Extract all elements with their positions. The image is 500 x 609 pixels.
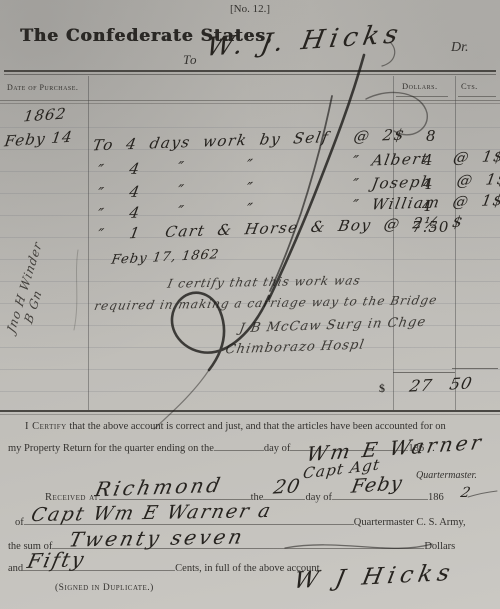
receipt-day: 20: [272, 475, 303, 498]
certification-line1: I Certify that the above account is corr…: [25, 421, 446, 432]
quartermaster-title: Quartermaster.: [416, 470, 477, 481]
debtor-abbrev: Dr.: [451, 40, 469, 56]
certify-day-of-label: day of: [264, 443, 291, 454]
date-column-line: [88, 76, 89, 412]
blank-day: [214, 441, 264, 451]
header-bottom-rule-2: [0, 103, 500, 104]
ledger-row-amount: 4: [422, 197, 433, 215]
receipt-month: Feby: [350, 472, 405, 497]
certify-line1-rest: that the above account is correct and ju…: [69, 421, 445, 432]
received-at-label: Received at: [45, 492, 99, 503]
receipt-place: Richmond: [93, 473, 225, 501]
scanned-receipt-document: [No. 12.] The Confederate States, To W. …: [0, 0, 500, 609]
payer-title: Quartermaster C. S. Army,: [354, 517, 466, 528]
entry-year: 1862: [22, 105, 67, 126]
table-col-date-header: Date of Purchase.: [7, 83, 78, 92]
of-label: of: [15, 517, 24, 528]
year-dash: [468, 491, 497, 497]
receipt-year-digit: 2: [459, 485, 473, 501]
receipt-payer: Capt Wm E Warner a: [29, 500, 275, 526]
certify-intro: I Certify: [25, 421, 67, 432]
total-currency-symbol: $: [379, 381, 385, 396]
receipt-amount-words: Twenty seven: [67, 524, 248, 551]
cents-column-line: [455, 76, 456, 412]
receipt-cents-words: Fifty: [25, 547, 88, 573]
total-rule-cents: [452, 368, 498, 369]
total-dollars: 27: [408, 375, 434, 395]
and-label: and: [8, 563, 23, 574]
dollars-label: Dollars: [424, 541, 455, 552]
receipt-year-prefix: 186: [428, 492, 444, 503]
ledger-row-amount: 7.50: [412, 218, 449, 236]
receipt-day-of-label: day of: [305, 492, 332, 503]
table-bottom-rule-thin: [0, 414, 500, 415]
certify-line2-start: my Property Return for the quarter endin…: [8, 443, 214, 454]
table-col-dollars-header: Dollars.: [402, 81, 438, 91]
ledger-row-amount: 4: [423, 151, 434, 169]
rule-top-thin: [4, 74, 496, 75]
ledger-row-amount: 4: [423, 175, 434, 193]
cents-header-underline: [458, 96, 496, 97]
total-rule-dollars: [393, 372, 455, 373]
total-cents: 50: [448, 373, 474, 393]
duplicate-note: (Signed in Duplicate.): [55, 583, 154, 593]
ledger-row-amount: 8: [426, 127, 437, 145]
dollars-header-underline: [396, 96, 448, 97]
table-bottom-rule: [0, 410, 500, 412]
rule-top-thick: [4, 70, 496, 72]
table-col-cents-header: Cts.: [461, 81, 478, 91]
form-number: [No. 12.]: [0, 3, 500, 15]
header-bottom-rule-1: [0, 100, 500, 101]
to-label: To: [183, 52, 198, 68]
